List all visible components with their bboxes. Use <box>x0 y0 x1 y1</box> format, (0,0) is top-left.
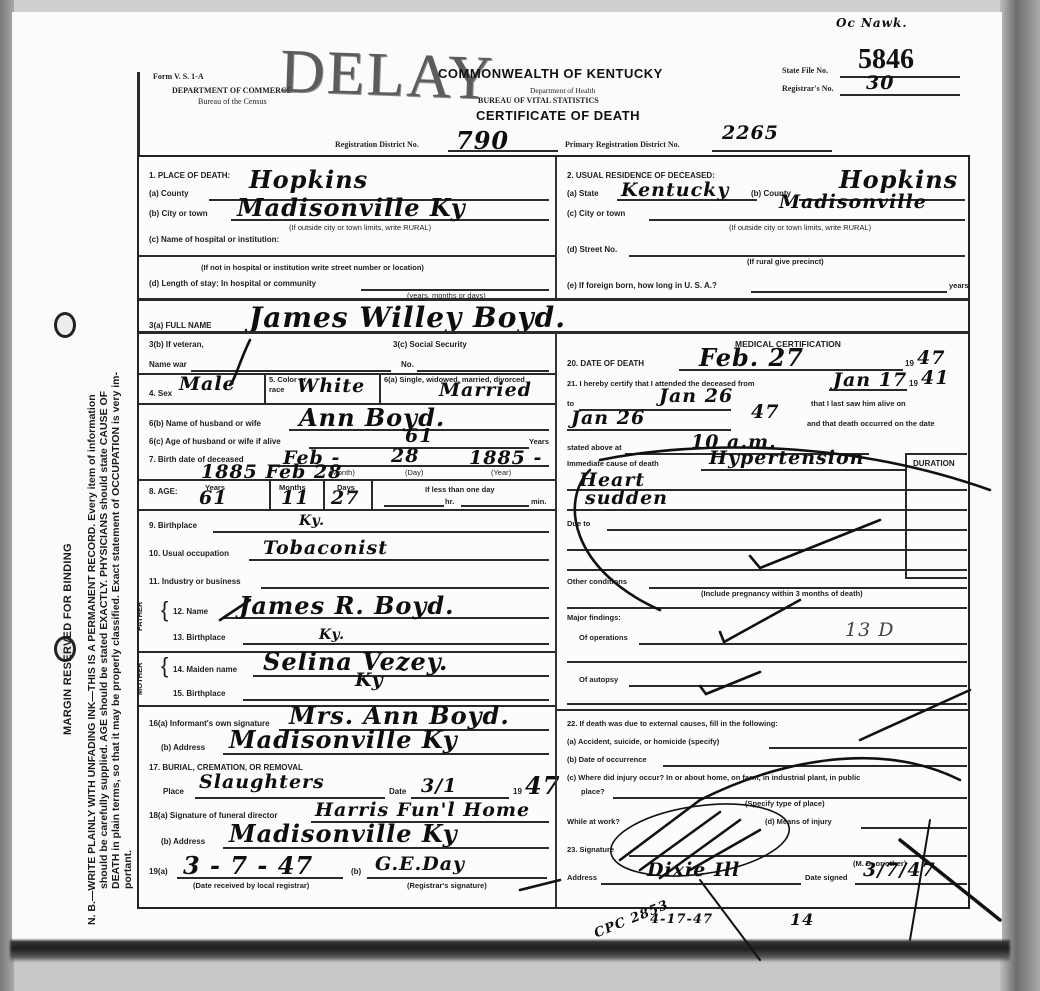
birthplace-label: 9. Birthplace <box>149 521 197 531</box>
sex-label: 4. Sex <box>149 389 172 399</box>
day-hint: (Day) <box>405 468 423 478</box>
other-conditions-hint: (Include pregnancy within 3 months of de… <box>701 589 863 599</box>
res-city[interactable]: Madisonville <box>779 191 927 213</box>
certificate-title: CERTIFICATE OF DEATH <box>476 108 640 123</box>
where-label: (c) Where did injury occur? In or about … <box>567 773 860 783</box>
res-city-label: (c) City or town <box>567 209 625 219</box>
dod-year[interactable]: 47 <box>917 347 945 369</box>
signature-label: 23. Signature <box>567 845 614 855</box>
attended-year-prefix: 19 <box>909 379 918 389</box>
last-saw-label: that I last saw him alive on <box>811 399 906 409</box>
war-line <box>191 370 391 372</box>
bottom-mark: 14 <box>790 910 814 929</box>
hr-label: hr. <box>445 497 454 507</box>
means-label: (d) Means of injury <box>765 817 832 827</box>
autopsy-line <box>629 685 967 687</box>
birth-day[interactable]: 28 <box>391 445 419 467</box>
duration-bottom <box>905 577 967 579</box>
last-saw[interactable]: Jan 26 <box>571 407 645 429</box>
inf-address-label: (b) Address <box>161 743 205 753</box>
mother-bracket: { <box>161 661 168 671</box>
cause-line <box>567 489 967 491</box>
occupation[interactable]: Tobaconist <box>263 537 388 559</box>
hr-line <box>384 505 444 507</box>
foreign-line <box>751 291 947 293</box>
place-label: Place <box>163 787 184 797</box>
cause-line <box>607 529 967 531</box>
city-hint: (If outside city or town limits, write R… <box>289 223 431 233</box>
age-label: 8. AGE: <box>149 487 178 497</box>
physician-address[interactable]: Dixie Ill <box>647 859 740 881</box>
father-birth[interactable]: Ky. <box>319 627 345 643</box>
ssn-line <box>417 370 549 372</box>
dod-year-prefix: 19 <box>905 359 914 369</box>
received-date[interactable]: 3 - 7 - 47 <box>183 851 313 880</box>
color[interactable]: White <box>297 375 365 397</box>
full-name-label: 3(a) FULL NAME <box>149 321 212 331</box>
department: DEPARTMENT OF COMMERCE <box>172 86 292 95</box>
received-label: 19(a) <box>149 867 168 877</box>
state-title: COMMONWEALTH OF KENTUCKY <box>438 66 663 81</box>
cell-divider <box>264 373 266 403</box>
autopsy-line-2 <box>567 703 967 705</box>
state-file-line <box>840 76 960 78</box>
years-label: Years <box>529 437 549 447</box>
city-label: (b) City or town <box>149 209 208 219</box>
to-year[interactable]: 47 <box>751 401 779 423</box>
primary-district-no: 2265 <box>722 122 779 144</box>
registrar-sig-label: (b) <box>351 867 361 877</box>
primary-district-label: Primary Registration District No. <box>565 140 680 149</box>
cause-line <box>567 509 967 511</box>
year-hint: (Year) <box>491 468 511 478</box>
mother-tag: MOTHER <box>135 663 145 696</box>
form-id: Form V. S. 1-A <box>153 72 204 81</box>
certificate-form: 1. PLACE OF DEATH: (a) County Hopkins (b… <box>137 155 970 909</box>
registrar-sig[interactable]: G.E.Day <box>375 853 465 875</box>
dod[interactable]: Feb. 27 <box>699 343 804 372</box>
spouse-age[interactable]: 61 <box>405 425 433 447</box>
cell-divider <box>379 373 381 403</box>
address-label: Address <box>567 873 597 883</box>
place-q-label: place? <box>581 787 605 797</box>
mother-birth[interactable]: Ky <box>355 669 384 691</box>
occupation-line <box>249 559 549 561</box>
cause-line <box>567 549 967 551</box>
autopsy-label: Of autopsy <box>579 675 618 685</box>
nb-line: N. B.—WRITE PLAINLY WITH UNFADING INK—TH… <box>86 105 98 925</box>
accident-label: (a) Accident, suicide, or homicide (spec… <box>567 737 719 747</box>
state-file-label: State File No. <box>782 66 828 75</box>
findings-label: Major findings: <box>567 613 621 623</box>
mother-birth-label: 15. Birthplace <box>173 689 225 699</box>
cell-divider <box>269 479 271 509</box>
cause-line <box>701 469 905 471</box>
occurrence-line <box>663 765 967 767</box>
state-dept: Department of Health <box>530 86 595 95</box>
duration-top <box>905 453 967 455</box>
cell-divider <box>371 479 373 509</box>
place-hint: (Specify type of place) <box>745 799 825 809</box>
margin-instructions: MARGIN RESERVED FOR BINDING N. B.—WRITE … <box>62 85 142 925</box>
occurrence-label: (b) Date of occurrence <box>567 755 647 765</box>
burial-year-prefix: 19 <box>513 787 522 797</box>
signed-label: Date signed <box>805 873 848 883</box>
father-name[interactable]: James R. Boyd. <box>239 591 454 620</box>
registrar-sig-line <box>367 877 547 879</box>
registrar-sig-hint: (Registrar's signature) <box>407 881 487 891</box>
burial-place[interactable]: Slaughters <box>199 771 325 793</box>
dir-address[interactable]: Madisonville Ky <box>229 819 458 848</box>
foreign-unit: years <box>949 281 969 291</box>
dir-address-label: (b) Address <box>161 837 205 847</box>
cell-divider <box>323 479 325 509</box>
father-tag: FATHER <box>135 602 145 631</box>
occupation-label: 10. Usual occupation <box>149 549 229 559</box>
bottom-date: 4-17-47 <box>650 912 713 927</box>
month-hint: (Month) <box>329 468 355 478</box>
sex[interactable]: Male <box>179 373 236 395</box>
means-line <box>861 827 967 829</box>
nb-instructions: N. B.—WRITE PLAINLY WITH UNFADING INK—TH… <box>86 105 134 925</box>
dod-label: 20. DATE OF DEATH <box>567 359 644 369</box>
attended-to[interactable]: Jan 26 <box>659 385 733 407</box>
industry-label: 11. Industry or business <box>149 577 241 587</box>
registrar-no-label: Registrar's No. <box>782 84 834 93</box>
hospital-hint: (If not in hospital or institution write… <box>201 263 424 273</box>
birth-year[interactable]: 1885 - <box>469 447 542 469</box>
signed-line <box>855 883 967 885</box>
header-left-border <box>137 72 140 156</box>
res-state[interactable]: Kentucky <box>621 179 729 201</box>
foreign-label: (e) If foreign born, how long in U. S. A… <box>567 281 717 291</box>
registrar-no: 30 <box>866 72 894 94</box>
section-divider <box>139 331 968 334</box>
war-label: Name war <box>149 360 187 370</box>
received-hint: (Date received by local registrar) <box>193 881 309 891</box>
registrar-no-line <box>840 94 960 96</box>
father-birth-label: 13. Birthplace <box>173 633 225 643</box>
mother-name-label: 14. Maiden name <box>173 665 237 675</box>
due-to-label: Due to <box>567 519 590 529</box>
margin-reserved-label: MARGIN RESERVED FOR BINDING <box>62 543 74 735</box>
ssn-no-label: No. <box>401 360 414 370</box>
divider <box>557 709 968 711</box>
address-line <box>601 883 801 885</box>
external-label: 22. If death was due to external causes,… <box>567 719 778 729</box>
duration-label: DURATION <box>913 459 955 469</box>
divider <box>139 509 555 511</box>
operations-note[interactable]: 13 D <box>845 619 894 641</box>
date-signed[interactable]: 3/7/47 <box>863 859 936 881</box>
veteran-label: 3(b) If veteran, <box>149 340 204 350</box>
attended-year[interactable]: 41 <box>921 367 949 389</box>
ssn-label: 3(c) Social Security <box>393 340 467 350</box>
father-name-label: 12. Name <box>173 607 208 617</box>
res-county[interactable]: Hopkins <box>839 165 958 194</box>
reg-district-no: 790 <box>456 126 509 155</box>
birthplace[interactable]: Ky. <box>299 513 325 529</box>
immediate-cause[interactable]: Hypertension <box>709 447 864 469</box>
res-city-line <box>649 219 965 221</box>
cause-line <box>567 569 967 571</box>
street-hint: (If rural give precinct) <box>747 257 824 267</box>
scan-edge-right <box>1000 0 1040 991</box>
reg-district-label: Registration District No. <box>335 140 419 149</box>
nb-line: DEATH in plain terms, so that it may be … <box>110 105 122 925</box>
divider <box>139 255 555 257</box>
state-bureau: BUREAU OF VITAL STATISTICS <box>478 96 599 105</box>
column-separator <box>555 157 557 298</box>
age-years[interactable]: 61 <box>199 487 227 509</box>
primary-district-line <box>712 150 832 152</box>
stay-label: (d) Length of stay: In hospital or commu… <box>149 279 316 289</box>
accident-line <box>769 747 967 749</box>
birthplace-line <box>213 531 549 533</box>
spouse-age-label: 6(c) Age of husband or wife if alive <box>149 437 281 447</box>
scan-edge-bottom <box>10 940 1010 962</box>
immediate-label: Immediate cause of death <box>567 459 659 469</box>
death-city[interactable]: Madisonville Ky <box>237 193 466 222</box>
duration-column-divider <box>905 453 907 579</box>
res-city-hint: (If outside city or town limits, write R… <box>729 223 871 233</box>
operations-line-2 <box>567 661 967 663</box>
death-occurred-label: and that death occurred on the date <box>807 419 935 429</box>
min-label: min. <box>531 497 546 507</box>
date-label: Date <box>389 787 406 797</box>
min-line <box>461 505 529 507</box>
full-name[interactable]: James Willey Boyd. <box>249 301 566 334</box>
hospital-label: (c) Name of hospital or institution: <box>149 235 279 245</box>
column-separator <box>555 333 557 907</box>
marital[interactable]: Married <box>439 379 532 401</box>
street-label: (d) Street No. <box>567 245 617 255</box>
inf-address[interactable]: Madisonville Ky <box>229 725 458 754</box>
other-line <box>567 607 967 609</box>
nb-line: should be carefully supplied. AGE should… <box>98 105 110 925</box>
director[interactable]: Harris Fun'l Home <box>315 799 530 821</box>
spouse-label: 6(b) Name of husband or wife <box>149 419 261 429</box>
county-label: (a) County <box>149 189 189 199</box>
father-birth-line <box>243 643 549 645</box>
res-state-label: (a) State <box>567 189 599 199</box>
other-conditions-label: Other conditions <box>567 577 627 587</box>
stated-label: stated above at <box>567 443 622 453</box>
industry-line <box>261 587 549 589</box>
death-county[interactable]: Hopkins <box>249 165 368 194</box>
less-day-label: If less than one day <box>425 485 495 495</box>
signature-line <box>629 855 967 857</box>
place-of-death-label: 1. PLACE OF DEATH: <box>149 171 230 181</box>
divider <box>139 479 555 481</box>
burial-date[interactable]: 3/1 <box>421 775 457 797</box>
age-months[interactable]: 11 <box>281 487 309 509</box>
nb-line: portant. <box>122 105 134 925</box>
father-bracket: { <box>161 605 168 615</box>
top-right-note: Oc Nawk. <box>836 16 908 30</box>
attended-from[interactable]: Jan 17 <box>833 369 907 391</box>
operations-label: Of operations <box>579 633 628 643</box>
age-days[interactable]: 27 <box>331 487 359 509</box>
operations-line <box>639 643 967 645</box>
work-label: While at work? <box>567 817 620 827</box>
bureau: Bureau of the Census <box>198 97 267 106</box>
